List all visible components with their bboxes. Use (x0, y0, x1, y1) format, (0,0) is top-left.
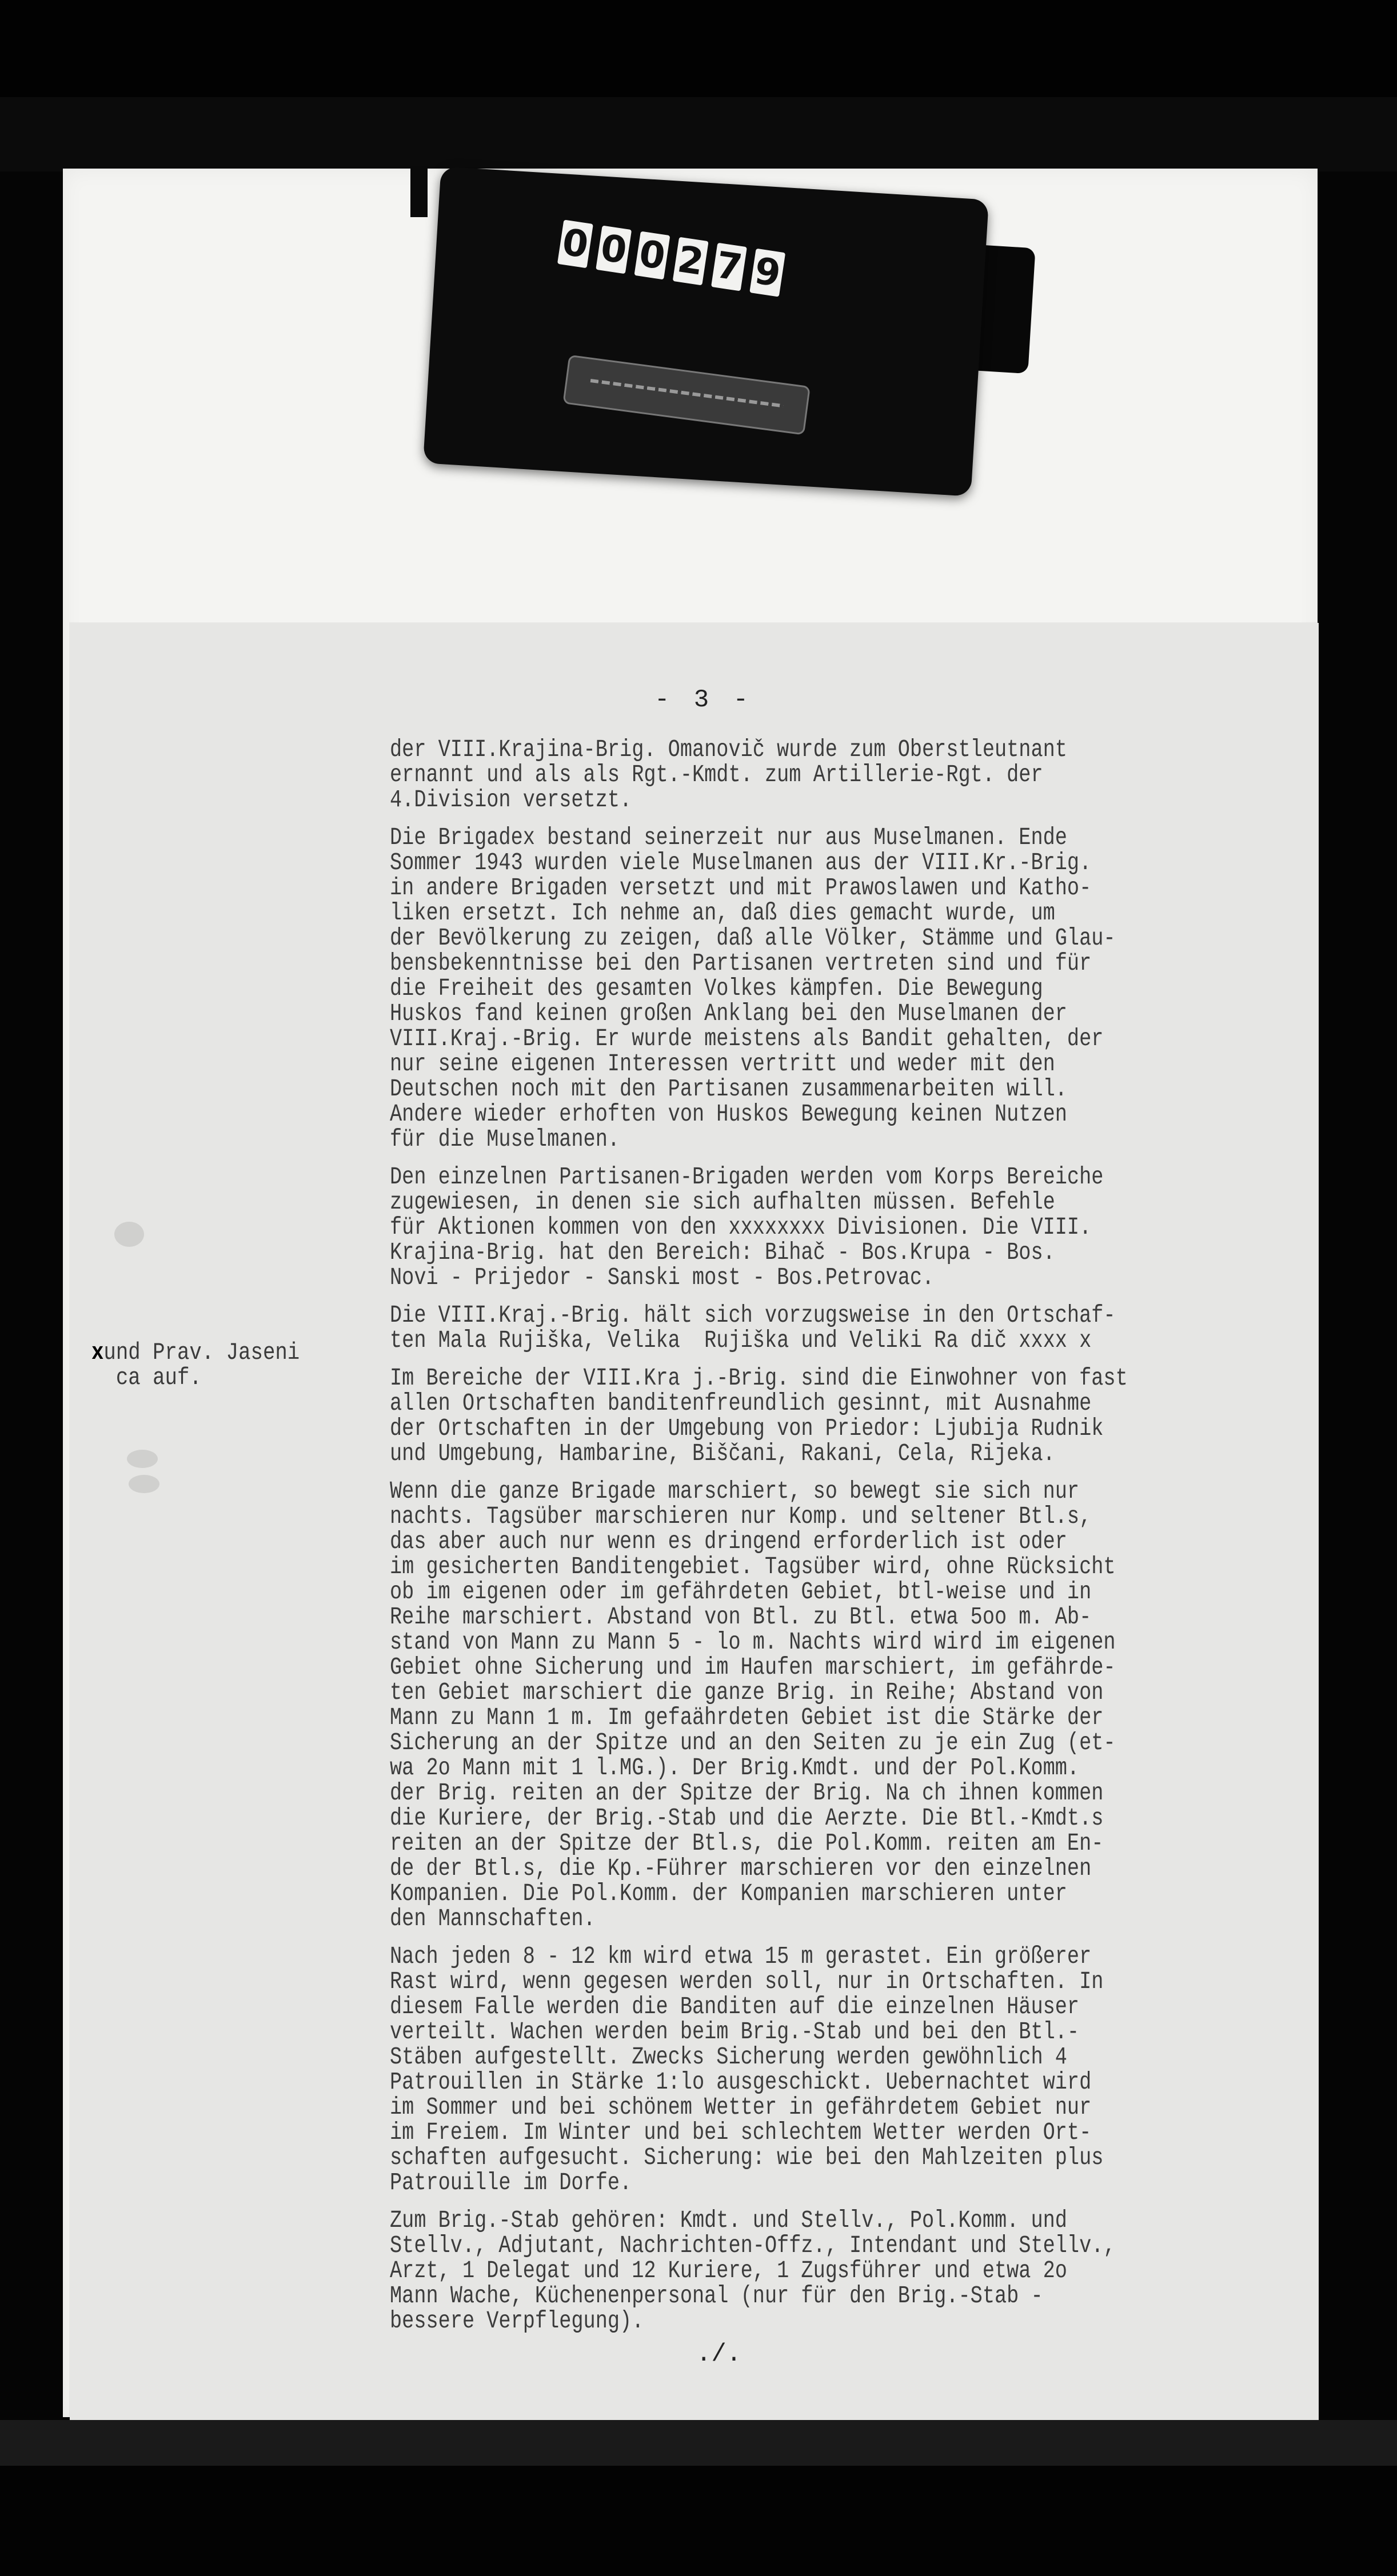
counter-digit: 9 (749, 249, 785, 297)
paragraph: Im Bereiche der VIII.Kra j.-Brig. sind d… (390, 1366, 1295, 1466)
paragraph: Den einzelnen Partisanen-Brigaden werden… (390, 1165, 1295, 1290)
paragraph: Nach jeden 8 - 12 km wird etwa 15 m gera… (390, 1944, 1295, 2195)
margin-note-text: und Prav. Jaseni ca auf. (91, 1339, 300, 1391)
counter-digits: 0 0 0 2 7 9 (557, 219, 785, 297)
margin-note: xund Prav. Jaseni ca auf. (91, 1340, 300, 1390)
counter-digit: 0 (596, 226, 632, 274)
punch-hole (114, 1222, 144, 1247)
paragraph: Wenn die ganze Brigade marschiert, so be… (390, 1479, 1295, 1931)
frame-counter-device: 0 0 0 2 7 9 (426, 160, 1037, 486)
paragraph: der VIII.Krajina-Brig. Omanovič wurde zu… (390, 737, 1295, 813)
counter-body: 0 0 0 2 7 9 (423, 166, 989, 497)
paragraph: Die Brigadex bestand seinerzeit nur aus … (390, 825, 1295, 1152)
insertion-mark-icon: x (91, 1339, 103, 1366)
document-body: der VIII.Krajina-Brig. Omanovič wurde zu… (390, 737, 1295, 2346)
punch-hole (127, 1450, 158, 1468)
paragraph: Die VIII.Kraj.-Brig. hält sich vorzugswe… (390, 1303, 1295, 1353)
paragraph: Zum Brig.-Stab gehören: Kmdt. und Stellv… (390, 2208, 1295, 2334)
counter-digit: 0 (557, 219, 593, 268)
page-number: - 3 - (654, 686, 753, 714)
punch-hole (129, 1475, 159, 1493)
counter-nameplate (562, 355, 811, 435)
counter-digit: 0 (634, 231, 670, 280)
film-band-bottom (0, 2420, 1397, 2466)
counter-digit: 7 (711, 243, 747, 291)
counter-digit: 2 (673, 237, 709, 286)
film-border-top (0, 0, 1397, 97)
continuation-mark: ./. (696, 2340, 741, 2369)
sheet-gap (410, 166, 428, 217)
